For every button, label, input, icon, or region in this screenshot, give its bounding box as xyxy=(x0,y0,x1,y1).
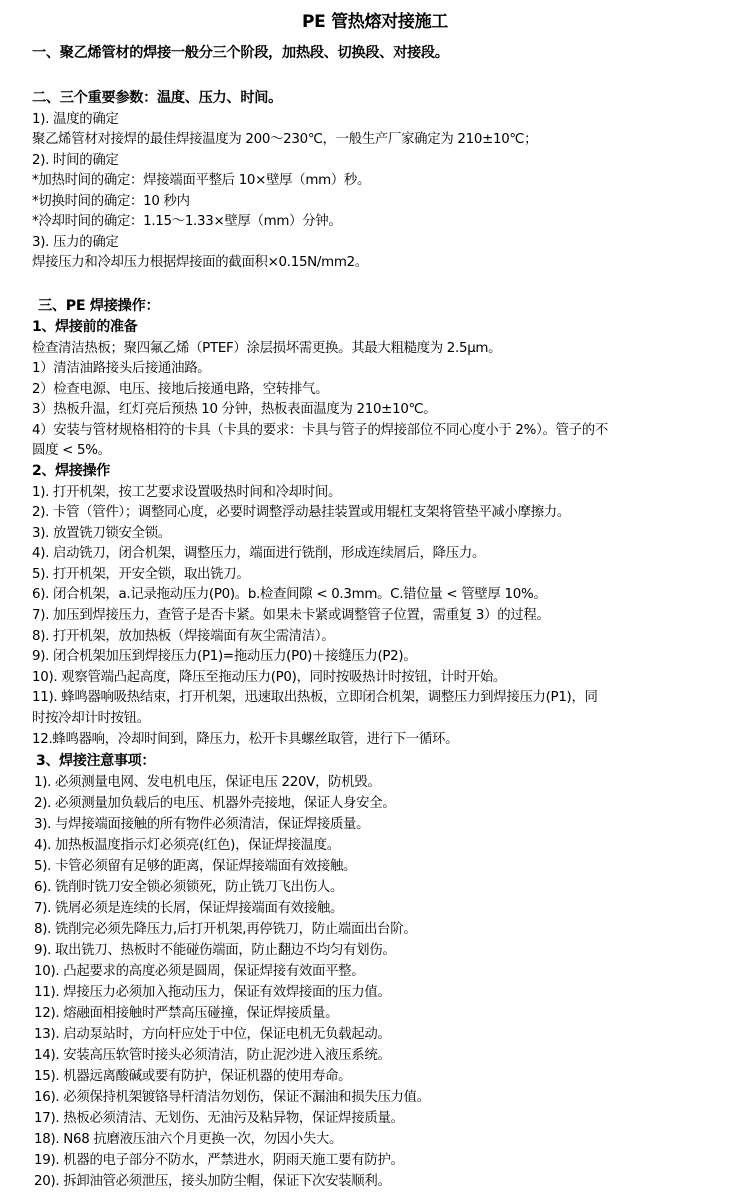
section3-heading: 三、PE 焊接操作： xyxy=(38,297,159,316)
precaution-item: 6). 铣削时铣刀安全锁必须锁死，防止铣刀飞出伤人。 xyxy=(34,878,343,897)
section2-line: 1). 温度的确定 xyxy=(32,110,119,129)
prep-line: 检查清洁热板；聚四氟乙烯（PTEF）涂层损坏需更换。其最大粗糙度为 2.5μm。 xyxy=(32,339,501,358)
precaution-item: 3). 与焊接端面接触的所有物件必须清洁，保证焊接质量。 xyxy=(34,815,369,834)
section2-heading: 二、三个重要参数：温度、压力、时间。 xyxy=(32,89,282,108)
operation-step: 8). 打开机架，放加热板（焊接端面有灰尘需清洁）。 xyxy=(32,627,334,646)
precaution-item: 15). 机器远离酸碱或要有防护，保证机器的使用寿命。 xyxy=(34,1067,351,1086)
precaution-item: 9). 取出铣刀、热板时不能碰伤端面，防止翻边不均匀有划伤。 xyxy=(34,941,395,960)
section3-sub2-heading: 2、焊接操作 xyxy=(32,462,110,481)
operation-step: 2). 卡管（管件）；调整同心度，必要时调整浮动悬挂装置或用辊杠支架将管垫平减小… xyxy=(32,503,570,522)
precaution-item: 1). 必须测量电网、发电机电压，保证电压 220V，防机毁。 xyxy=(34,773,381,792)
section1-heading: 一、聚乙烯管材的焊接一般分三个阶段，加热段、切换段、对接段。 xyxy=(32,44,449,63)
precaution-item: 17). 热板必须清洁、无划伤、无油污及粘异物，保证焊接质量。 xyxy=(34,1109,404,1128)
precaution-item: 20). 拆卸油管必须泄压，接头加防尘帽，保证下次安装顺利。 xyxy=(34,1172,391,1191)
section2-line: 焊接压力和冷却压力根据焊接面的截面积×0.15N/mm2。 xyxy=(32,253,368,272)
precaution-item: 18). N68 抗磨液压油六个月更换一次，勿因小失大。 xyxy=(34,1130,342,1149)
section2-line: *加热时间的确定：焊接端面平整后 10×壁厚（mm）秒。 xyxy=(32,171,370,190)
operation-step: 3). 放置铣刀锁安全锁。 xyxy=(32,524,171,543)
prep-line: 圆度 < 5%。 xyxy=(32,441,111,460)
precaution-item: 5). 卡管必须留有足够的距离，保证焊接端面有效接触。 xyxy=(34,857,356,876)
section2-line: *冷却时间的确定：1.15～1.33×壁厚（mm）分钟。 xyxy=(32,212,341,231)
operation-step: 9). 闭合机架加压到焊接压力(P1)=拖动压力(P0)＋接缝压力(P2)。 xyxy=(32,647,416,666)
precaution-item: 8). 铣削完必须先降压力,后打开机架,再停铣刀，防止端面出台阶。 xyxy=(34,920,416,939)
section2-line: 聚乙烯管材对接焊的最佳焊接温度为 200～230℃，一般生产厂家确定为 210±… xyxy=(32,130,537,149)
operation-step: 时按冷却计时按钮。 xyxy=(32,709,150,728)
operation-step: 12.蜂鸣器响，冷却时间到，降压力，松开卡具螺丝取管，进行下一循环。 xyxy=(32,730,458,749)
section2-line: *切换时间的确定：10 秒内 xyxy=(32,192,190,211)
operation-step: 7). 加压到焊接压力，查管子是否卡紧。如果未卡紧或调整管子位置，需重复 3）的… xyxy=(32,606,550,625)
precaution-item: 11). 焊接压力必须加入拖动压力，保证有效焊接面的压力值。 xyxy=(34,983,391,1002)
operation-step: 6). 闭合机架，a.记录拖动压力(P0)。b.检查间隙 < 0.3mm。C.错… xyxy=(32,585,546,604)
section2-line: 3). 压力的确定 xyxy=(32,233,119,252)
section3-sub3-heading: 3、焊接注意事项： xyxy=(36,752,155,771)
precaution-item: 13). 启动泵站时，方向杆应处于中位，保证电机无负载起动。 xyxy=(34,1025,391,1044)
prep-line: 2）检查电源、电压、接地后接通电路，空转排气。 xyxy=(32,380,328,399)
precaution-item: 12). 熔融面相接触时严禁高压碰撞，保证焊接质量。 xyxy=(34,1004,338,1023)
prep-line: 4）安装与管材规格相符的卡具（卡具的要求：卡具与管子的焊接部位不同心度小于 2%… xyxy=(32,421,608,440)
operation-step: 11). 蜂鸣器响吸热结束，打开机架，迅速取出热板，立即闭合机架，调整压力到焊接… xyxy=(32,688,598,707)
document-title: PE 管热熔对接施工 xyxy=(0,10,750,34)
precaution-item: 4). 加热板温度指示灯必须亮(红色)，保证焊接温度。 xyxy=(34,836,340,855)
precaution-item: 2). 必须测量加负载后的电压、机器外壳接地，保证人身安全。 xyxy=(34,794,395,813)
precaution-item: 10). 凸起要求的高度必须是圆周，保证焊接有效面平整。 xyxy=(34,962,364,981)
precaution-item: 14). 安装高压软管时接头必须清洁，防止泥沙进入液压系统。 xyxy=(34,1046,391,1065)
section3-sub1-heading: 1、焊接前的准备 xyxy=(32,318,137,337)
prep-line: 3）热板升温，红灯亮后预热 10 分钟，热板表面温度为 210±10℃。 xyxy=(32,400,436,419)
precaution-item: 19). 机器的电子部分不防水，严禁进水，阴雨天施工要有防护。 xyxy=(34,1151,404,1170)
operation-step: 5). 打开机架，开安全锁，取出铣刀。 xyxy=(32,565,249,584)
section2-line: 2). 时间的确定 xyxy=(32,151,119,170)
precaution-item: 7). 铣屑必须是连续的长屑，保证焊接端面有效接触。 xyxy=(34,899,343,918)
operation-step: 1). 打开机架，按工艺要求设置吸热时间和冷却时间。 xyxy=(32,483,341,502)
precaution-item: 16). 必须保持机架镀铬导杆清洁勿划伤，保证不漏油和损失压力值。 xyxy=(34,1088,430,1107)
operation-step: 4). 启动铣刀，闭合机架，调整压力，端面进行铣削，形成连续屑后，降压力。 xyxy=(32,544,485,563)
operation-step: 10). 观察管端凸起高度，降压至拖动压力(P0)，同时按吸热计时按钮，计时开始… xyxy=(32,668,506,687)
prep-line: 1）清洁油路接头后接通油路。 xyxy=(32,359,210,378)
